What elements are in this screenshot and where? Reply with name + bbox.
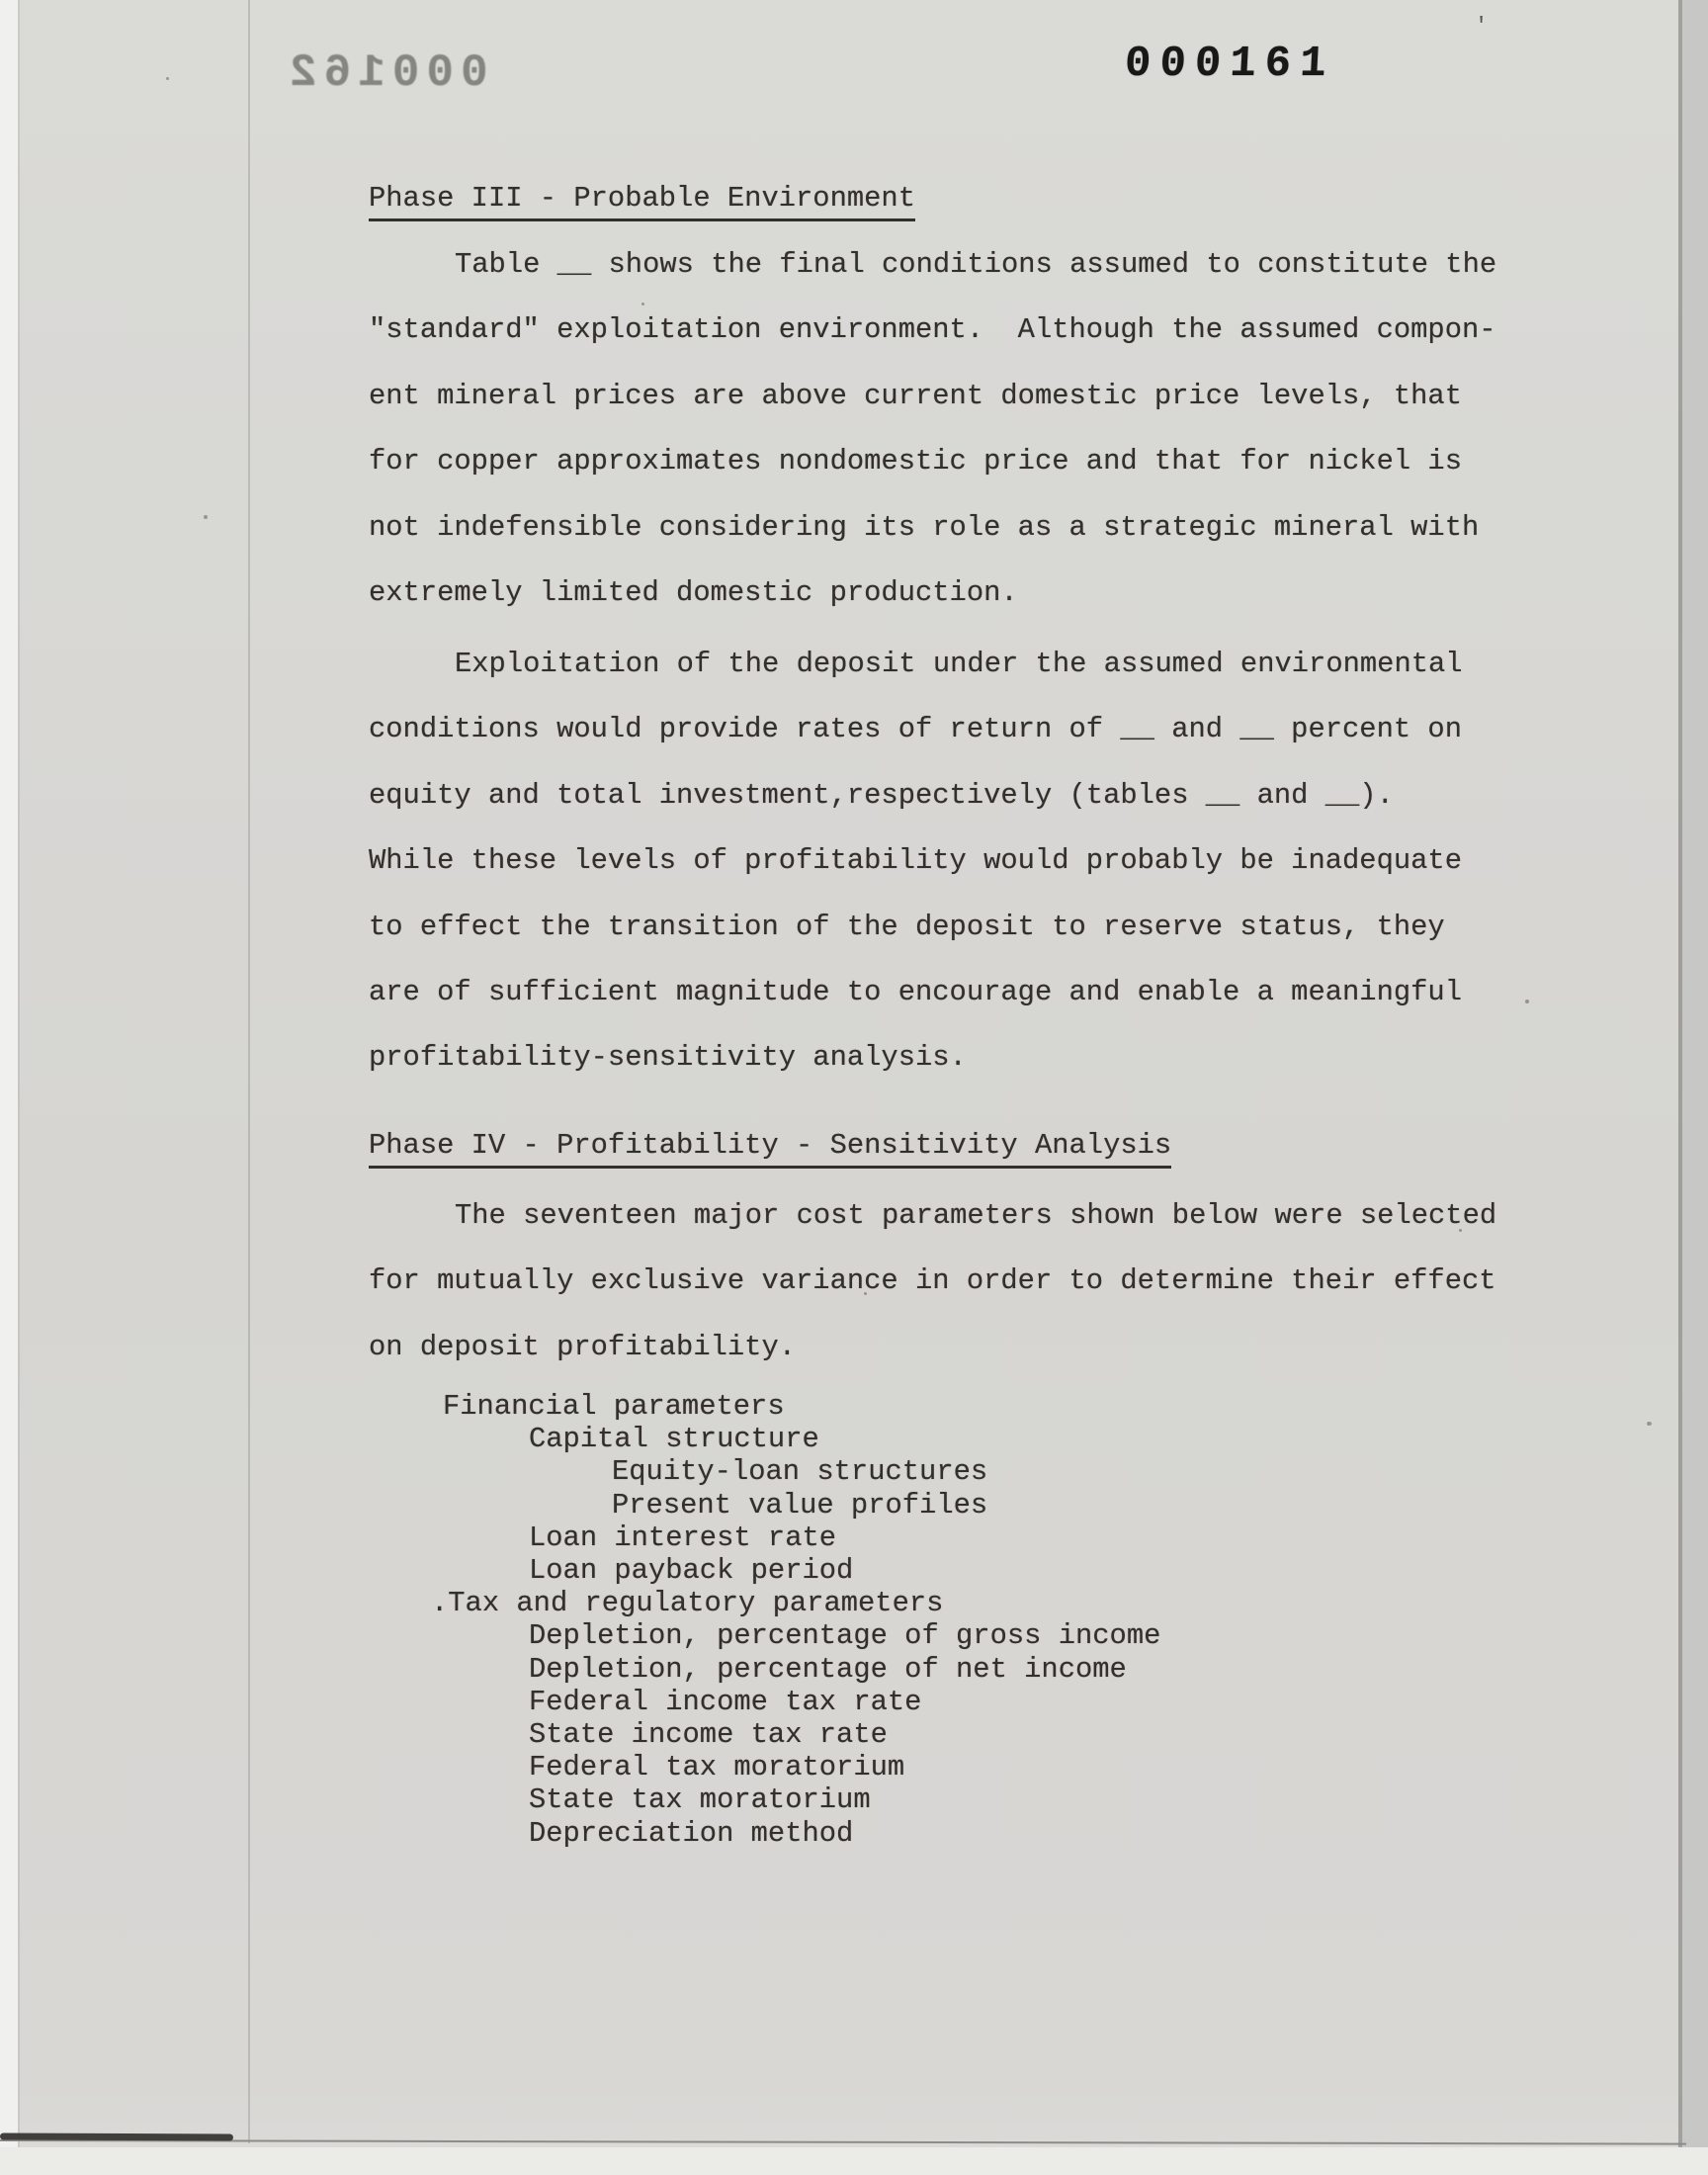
phase3-paragraph-1: Table __ shows the final conditions assu…: [369, 232, 1496, 626]
phase4-heading: Phase IV - Profitability - Sensitivity A…: [369, 1129, 1171, 1169]
list-item: Financial parameters: [369, 1390, 1160, 1423]
list-item: Present value profiles: [369, 1489, 1160, 1522]
ink-speck: [864, 1292, 867, 1295]
paper-bottom-edge-shadow: [0, 2132, 233, 2140]
ink-speck: [1459, 1229, 1462, 1232]
list-item: Depletion, percentage of net income: [369, 1653, 1160, 1686]
text-line: for copper approximates nondomestic pric…: [369, 429, 1496, 494]
ink-speck: [204, 515, 208, 519]
text-line: for mutually exclusive variance in order…: [369, 1249, 1496, 1314]
ink-speck: [1647, 1422, 1652, 1426]
ink-speck: [641, 303, 644, 305]
paper-bottom-edge-line: [0, 2139, 1686, 2145]
list-item: Equity-loan structures: [369, 1455, 1160, 1488]
list-item: Capital structure: [369, 1423, 1160, 1455]
text-line: extremely limited domestic production.: [369, 561, 1496, 626]
scan-bottom-gutter: [0, 2147, 1708, 2175]
list-item: Federal tax moratorium: [369, 1751, 1160, 1783]
stray-ink-mark: ': [1475, 14, 1488, 39]
text-line: conditions would provide rates of return…: [369, 697, 1463, 762]
text-line: equity and total investment,respectively…: [369, 763, 1463, 828]
text-line: Exploitation of the deposit under the as…: [369, 632, 1463, 697]
text-line: not indefensible considering its role as…: [369, 495, 1496, 561]
list-item: .Tax and regulatory parameters: [369, 1587, 1160, 1619]
phase3-paragraph-2: Exploitation of the deposit under the as…: [369, 632, 1463, 1091]
text-line: profitability-sensitivity analysis.: [369, 1025, 1463, 1090]
phase3-heading: Phase III - Probable Environment: [369, 182, 915, 221]
list-item: Depreciation method: [369, 1817, 1160, 1850]
text-line: to effect the transition of the deposit …: [369, 895, 1463, 960]
text-line: "standard" exploitation environment. Alt…: [369, 298, 1496, 363]
text-line: The seventeen major cost parameters show…: [369, 1183, 1496, 1249]
list-item: Loan interest rate: [369, 1522, 1160, 1554]
text-line: are of sufficient magnitude to encourage…: [369, 960, 1463, 1025]
page-number-stamp: 000161: [1124, 40, 1336, 89]
list-item: State income tax rate: [369, 1718, 1160, 1751]
ink-speck: [1525, 1000, 1529, 1003]
list-item: Depletion, percentage of gross income: [369, 1619, 1160, 1652]
scan-right-gutter: [1682, 0, 1708, 2175]
list-item: Loan payback period: [369, 1554, 1160, 1587]
text-line: ent mineral prices are above current dom…: [369, 364, 1496, 429]
cost-parameter-list: Financial parameters Capital structure E…: [369, 1390, 1160, 1850]
list-item: Federal income tax rate: [369, 1686, 1160, 1718]
list-item: State tax moratorium: [369, 1783, 1160, 1816]
document-page: 000162 000161 ' Phase III - Probable Env…: [0, 0, 1708, 2175]
bleedthrough-page-stamp: 000162: [283, 47, 488, 99]
scan-left-edge-line: [18, 0, 20, 2175]
text-line: Table __ shows the final conditions assu…: [369, 232, 1496, 298]
ink-speck: [166, 77, 169, 80]
text-line: on deposit profitability.: [369, 1315, 1496, 1380]
paper-fold-line: [248, 0, 250, 2143]
scan-left-edge: [0, 0, 18, 2175]
text-line: While these levels of profitability woul…: [369, 828, 1463, 894]
phase4-paragraph-1: The seventeen major cost parameters show…: [369, 1183, 1496, 1380]
